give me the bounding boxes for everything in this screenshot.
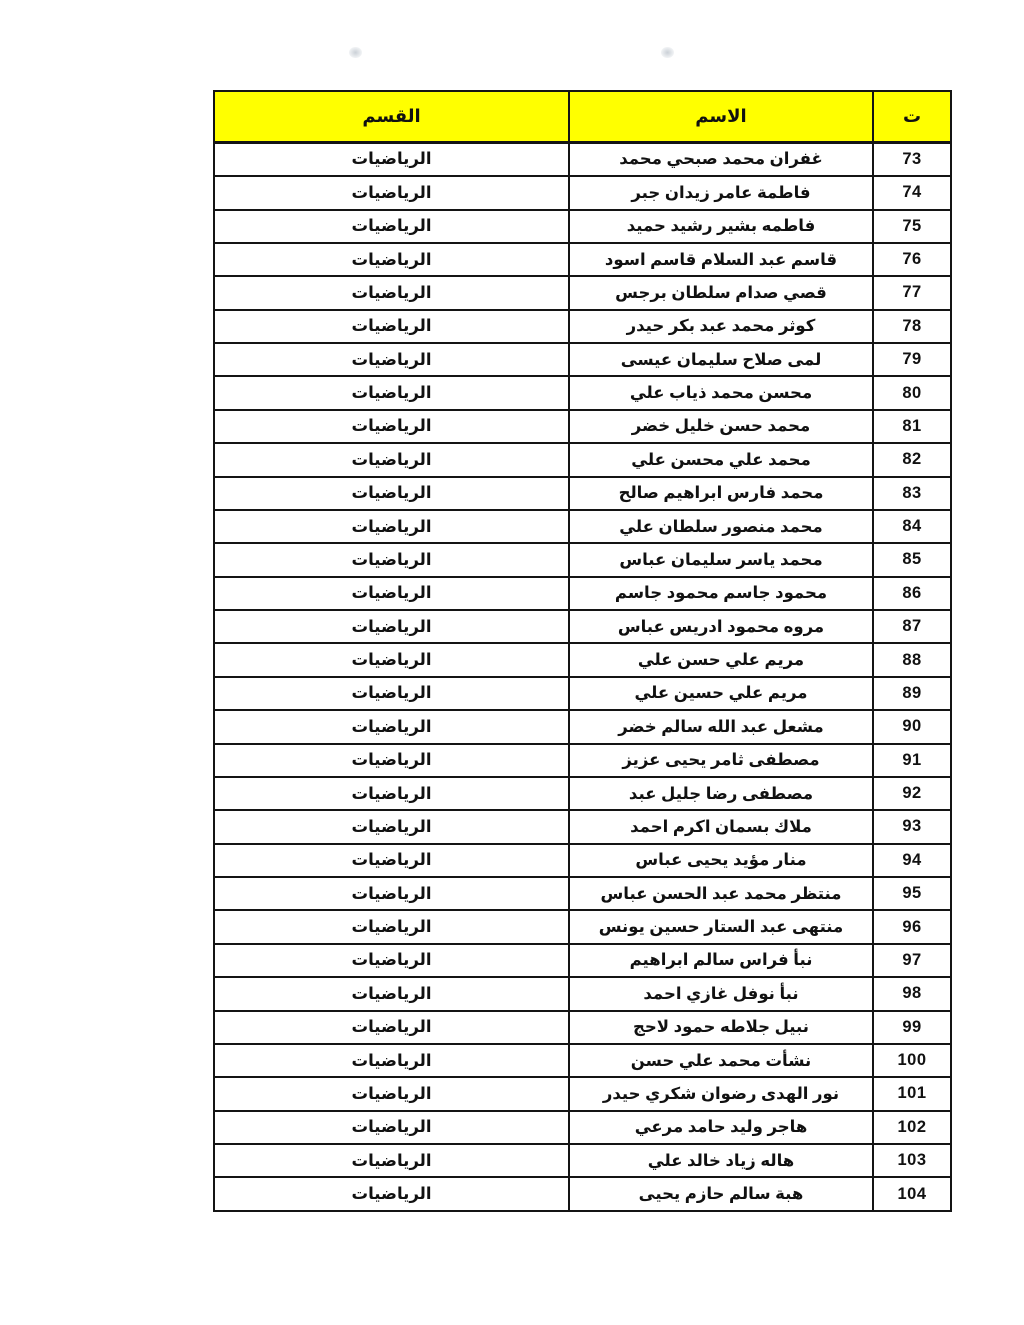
table-row: 104هبة سالم حازم يحيىالرياضيات [214, 1177, 951, 1211]
scan-artifact [349, 47, 362, 58]
table-row: 93ملاك بسمان اكرم احمدالرياضيات [214, 810, 951, 843]
name-cell: هاجر وليد حامد مرعي [569, 1111, 873, 1144]
department-cell: الرياضيات [214, 910, 569, 943]
serial-cell: 82 [873, 443, 951, 476]
table-row: 86محمود جاسم محمود جاسمالرياضيات [214, 577, 951, 610]
serial-cell: 90 [873, 710, 951, 743]
name-cell: محمد منصور سلطان علي [569, 510, 873, 543]
name-cell: محمد ياسر سليمان عباس [569, 543, 873, 576]
serial-cell: 83 [873, 477, 951, 510]
name-cell: غفران محمد صبحي محمد [569, 142, 873, 176]
table-row: 101نور الهدى رضوان شكري حيدرالرياضيات [214, 1077, 951, 1110]
serial-cell: 84 [873, 510, 951, 543]
table-row: 95منتظر محمد عبد الحسن عباسالرياضيات [214, 877, 951, 910]
name-cell: محمد علي محسن علي [569, 443, 873, 476]
name-cell: قاسم عبد السلام قاسم اسود [569, 243, 873, 276]
name-cell: نبأ نوفل غازي احمد [569, 977, 873, 1010]
table-row: 77قصي صدام سلطان برجسالرياضيات [214, 276, 951, 309]
header-row: ت الاسم القسم [214, 91, 951, 142]
name-cell: محمود جاسم محمود جاسم [569, 577, 873, 610]
serial-cell: 96 [873, 910, 951, 943]
department-cell: الرياضيات [214, 210, 569, 243]
name-cell: مريم علي حسن علي [569, 643, 873, 676]
name-cell: ملاك بسمان اكرم احمد [569, 810, 873, 843]
department-cell: الرياضيات [214, 543, 569, 576]
serial-cell: 104 [873, 1177, 951, 1211]
name-cell: مروه محمود ادريس عباس [569, 610, 873, 643]
serial-cell: 77 [873, 276, 951, 309]
serial-cell: 89 [873, 677, 951, 710]
table-header: ت الاسم القسم [214, 91, 951, 142]
serial-cell: 102 [873, 1111, 951, 1144]
department-cell: الرياضيات [214, 477, 569, 510]
name-cell: لمى صلاح سليمان عيسى [569, 343, 873, 376]
name-cell: نشأت محمد علي حسن [569, 1044, 873, 1077]
serial-cell: 80 [873, 376, 951, 409]
department-cell: الرياضيات [214, 243, 569, 276]
serial-cell: 81 [873, 410, 951, 443]
serial-cell: 91 [873, 744, 951, 777]
header-department: القسم [214, 91, 569, 142]
table-row: 75فاطمه بشير رشيد حميدالرياضيات [214, 210, 951, 243]
name-cell: كوثر محمد عبد بكر حيدر [569, 310, 873, 343]
serial-cell: 99 [873, 1011, 951, 1044]
department-cell: الرياضيات [214, 510, 569, 543]
department-cell: الرياضيات [214, 677, 569, 710]
table-row: 100نشأت محمد علي حسنالرياضيات [214, 1044, 951, 1077]
department-cell: الرياضيات [214, 610, 569, 643]
department-cell: الرياضيات [214, 443, 569, 476]
table-row: 103هاله زياد خالد عليالرياضيات [214, 1144, 951, 1177]
table-row: 84محمد منصور سلطان عليالرياضيات [214, 510, 951, 543]
department-cell: الرياضيات [214, 376, 569, 409]
name-cell: منتظر محمد عبد الحسن عباس [569, 877, 873, 910]
department-cell: الرياضيات [214, 944, 569, 977]
table-row: 85محمد ياسر سليمان عباسالرياضيات [214, 543, 951, 576]
department-cell: الرياضيات [214, 777, 569, 810]
table-row: 83محمد فارس ابراهيم صالحالرياضيات [214, 477, 951, 510]
table-row: 98نبأ نوفل غازي احمدالرياضيات [214, 977, 951, 1010]
serial-cell: 74 [873, 176, 951, 209]
department-cell: الرياضيات [214, 276, 569, 309]
department-cell: الرياضيات [214, 1144, 569, 1177]
name-cell: نبأ فراس سالم ابراهيم [569, 944, 873, 977]
serial-cell: 76 [873, 243, 951, 276]
name-cell: هاله زياد خالد علي [569, 1144, 873, 1177]
table-row: 87مروه محمود ادريس عباسالرياضيات [214, 610, 951, 643]
name-cell: محسن محمد ذياب علي [569, 376, 873, 409]
department-cell: الرياضيات [214, 176, 569, 209]
name-cell: منار مؤيد يحيى عباس [569, 844, 873, 877]
serial-cell: 98 [873, 977, 951, 1010]
serial-cell: 75 [873, 210, 951, 243]
table-row: 82محمد علي محسن عليالرياضيات [214, 443, 951, 476]
department-cell: الرياضيات [214, 844, 569, 877]
table-row: 76قاسم عبد السلام قاسم اسودالرياضيات [214, 243, 951, 276]
table-body: 73غفران محمد صبحي محمدالرياضيات74فاطمة ع… [214, 142, 951, 1211]
document-page: ت الاسم القسم 73غفران محمد صبحي محمدالري… [0, 0, 1024, 1325]
name-cell: منتهى عبد الستار حسين يونس [569, 910, 873, 943]
table-row: 94منار مؤيد يحيى عباسالرياضيات [214, 844, 951, 877]
table-row: 89مريم علي حسين عليالرياضيات [214, 677, 951, 710]
table-row: 91مصطفى ثامر يحيى عزيزالرياضيات [214, 744, 951, 777]
department-cell: الرياضيات [214, 343, 569, 376]
scan-artifact [661, 47, 674, 58]
table-row: 99نبيل جلاطه حمود لاحجالرياضيات [214, 1011, 951, 1044]
name-cell: هبة سالم حازم يحيى [569, 1177, 873, 1211]
table-row: 73غفران محمد صبحي محمدالرياضيات [214, 142, 951, 176]
serial-cell: 86 [873, 577, 951, 610]
serial-cell: 92 [873, 777, 951, 810]
department-cell: الرياضيات [214, 643, 569, 676]
serial-cell: 95 [873, 877, 951, 910]
department-cell: الرياضيات [214, 710, 569, 743]
department-cell: الرياضيات [214, 142, 569, 176]
table-row: 81محمد حسن خليل خضرالرياضيات [214, 410, 951, 443]
name-cell: مصطفى رضا جليل عبد [569, 777, 873, 810]
department-cell: الرياضيات [214, 1044, 569, 1077]
table-row: 80محسن محمد ذياب عليالرياضيات [214, 376, 951, 409]
table-row: 97نبأ فراس سالم ابراهيمالرياضيات [214, 944, 951, 977]
table-row: 79لمى صلاح سليمان عيسىالرياضيات [214, 343, 951, 376]
name-cell: نور الهدى رضوان شكري حيدر [569, 1077, 873, 1110]
serial-cell: 100 [873, 1044, 951, 1077]
serial-cell: 88 [873, 643, 951, 676]
table-row: 74فاطمة عامر زيدان جبرالرياضيات [214, 176, 951, 209]
department-cell: الرياضيات [214, 810, 569, 843]
table-row: 96منتهى عبد الستار حسين يونسالرياضيات [214, 910, 951, 943]
name-cell: قصي صدام سلطان برجس [569, 276, 873, 309]
department-cell: الرياضيات [214, 1077, 569, 1110]
serial-cell: 97 [873, 944, 951, 977]
department-cell: الرياضيات [214, 977, 569, 1010]
department-cell: الرياضيات [214, 410, 569, 443]
department-cell: الرياضيات [214, 577, 569, 610]
serial-cell: 73 [873, 142, 951, 176]
header-serial: ت [873, 91, 951, 142]
name-cell: نبيل جلاطه حمود لاحج [569, 1011, 873, 1044]
serial-cell: 85 [873, 543, 951, 576]
department-cell: الرياضيات [214, 310, 569, 343]
department-cell: الرياضيات [214, 744, 569, 777]
department-cell: الرياضيات [214, 877, 569, 910]
table-row: 92مصطفى رضا جليل عبدالرياضيات [214, 777, 951, 810]
name-cell: مشعل عبد الله سالم خضر [569, 710, 873, 743]
serial-cell: 101 [873, 1077, 951, 1110]
name-cell: فاطمه بشير رشيد حميد [569, 210, 873, 243]
department-cell: الرياضيات [214, 1177, 569, 1211]
name-cell: مريم علي حسين علي [569, 677, 873, 710]
student-roster-table: ت الاسم القسم 73غفران محمد صبحي محمدالري… [213, 90, 952, 1212]
department-cell: الرياضيات [214, 1011, 569, 1044]
name-cell: محمد حسن خليل خضر [569, 410, 873, 443]
serial-cell: 103 [873, 1144, 951, 1177]
table-row: 88مريم علي حسن عليالرياضيات [214, 643, 951, 676]
table-row: 78كوثر محمد عبد بكر حيدرالرياضيات [214, 310, 951, 343]
serial-cell: 94 [873, 844, 951, 877]
name-cell: فاطمة عامر زيدان جبر [569, 176, 873, 209]
serial-cell: 79 [873, 343, 951, 376]
serial-cell: 87 [873, 610, 951, 643]
table-row: 90مشعل عبد الله سالم خضرالرياضيات [214, 710, 951, 743]
serial-cell: 93 [873, 810, 951, 843]
serial-cell: 78 [873, 310, 951, 343]
department-cell: الرياضيات [214, 1111, 569, 1144]
header-name: الاسم [569, 91, 873, 142]
name-cell: مصطفى ثامر يحيى عزيز [569, 744, 873, 777]
name-cell: محمد فارس ابراهيم صالح [569, 477, 873, 510]
table-row: 102هاجر وليد حامد مرعيالرياضيات [214, 1111, 951, 1144]
